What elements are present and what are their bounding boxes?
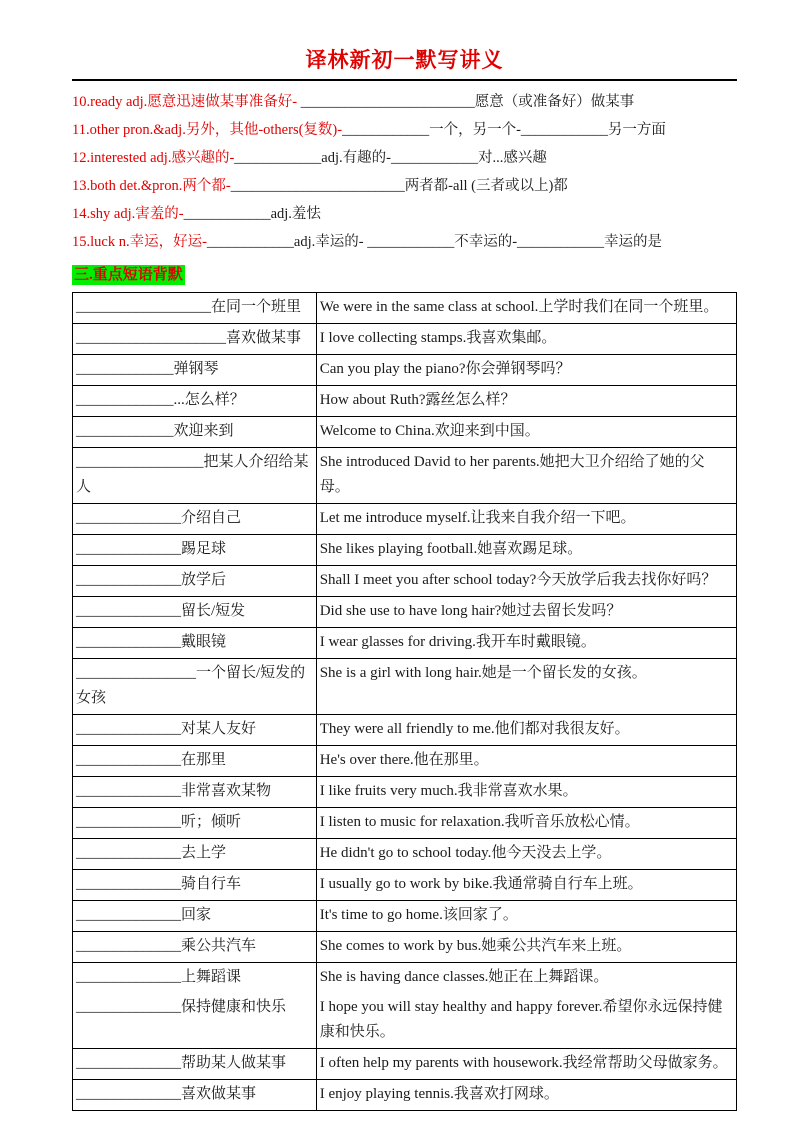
vocab-item-12: 12.interested adj.感兴趣的-____________adj.有… xyxy=(72,144,737,172)
phrase-blank-line: ______________在那里 xyxy=(76,748,312,773)
sentence-cell: I usually go to work by bike.我通常骑自行车上班。 xyxy=(316,870,736,901)
sentence-line: How about Ruth?露丝怎么样？ xyxy=(320,388,732,413)
sentence-line: She comes to work by bus.她乘公共汽车来上班。 xyxy=(320,934,732,959)
phrase-blank-line: ______________放学后 xyxy=(76,568,312,593)
sentence-cell: She comes to work by bus.她乘公共汽车来上班。 xyxy=(316,932,736,963)
sentence-cell: Welcome to China.欢迎来到中国。 xyxy=(316,417,736,448)
sentence-line: Welcome to China.欢迎来到中国。 xyxy=(320,419,732,444)
table-row: ______________上舞蹈课______________保持健康和快乐S… xyxy=(73,963,737,1049)
sentence-line: Let me introduce myself.让我来自我介绍一下吧。 xyxy=(320,506,732,531)
vocab-term: 11.other pron.&adj.另外，其他-others(复数)- xyxy=(72,122,342,138)
phrase-table: __________________在同一个班里We were in the s… xyxy=(72,292,737,1111)
section-header-row: 三.重点短语背默 xyxy=(72,265,737,285)
vocab-blank-hint: ____________adj.羞怯 xyxy=(184,206,321,222)
phrase-cell: ______________留长/短发 xyxy=(73,597,317,628)
sentence-cell: She likes playing football.她喜欢踢足球。 xyxy=(316,535,736,566)
phrase-blank-line: ______________踢足球 xyxy=(76,537,312,562)
phrase-cell: ______________乘公共汽车 xyxy=(73,932,317,963)
vocab-blank-hint: ____________adj.有趣的-____________对...感兴趣 xyxy=(234,150,547,166)
vocab-item-11: 11.other pron.&adj.另外，其他-others(复数)-____… xyxy=(72,116,737,144)
phrase-cell: _____________弹钢琴 xyxy=(73,355,317,386)
vocab-item-10: 10.ready adj.愿意迅速做某事准备好- _______________… xyxy=(72,88,737,116)
phrase-cell: __________________在同一个班里 xyxy=(73,293,317,324)
sentence-cell: They were all friendly to me.他们都对我很友好。 xyxy=(316,715,736,746)
phrase-blank-line: _________________把某人介绍给某人 xyxy=(76,450,312,500)
sentence-line: I wear glasses for driving.我开车时戴眼镜。 xyxy=(320,630,732,655)
phrase-blank-line: ______________乘公共汽车 xyxy=(76,934,312,959)
sentence-line: I often help my parents with housework.我… xyxy=(320,1051,732,1076)
phrase-cell: ____________________喜欢做某事 xyxy=(73,324,317,355)
phrase-table-body: __________________在同一个班里We were in the s… xyxy=(73,293,737,1111)
vocab-term: 14.shy adj.害羞的- xyxy=(72,206,184,222)
sentence-cell: I love collecting stamps.我喜欢集邮。 xyxy=(316,324,736,355)
vocab-list: 10.ready adj.愿意迅速做某事准备好- _______________… xyxy=(72,88,737,256)
phrase-cell: ______________介绍自己 xyxy=(73,504,317,535)
sentence-line: I like fruits very much.我非常喜欢水果。 xyxy=(320,779,732,804)
table-row: ______________听；倾听I listen to music for … xyxy=(73,808,737,839)
vocab-blank-hint: ____________adj.幸运的- ____________不幸运的-__… xyxy=(207,234,662,250)
vocab-item-15: 15.luck n.幸运，好运-____________adj.幸运的- ___… xyxy=(72,228,737,256)
table-row: ______________在那里He's over there.他在那里。 xyxy=(73,746,737,777)
phrase-cell: ______________回家 xyxy=(73,901,317,932)
sentence-line: I usually go to work by bike.我通常骑自行车上班。 xyxy=(320,872,732,897)
phrase-blank-line: ______________保持健康和快乐 xyxy=(76,995,312,1020)
phrase-blank-line: ______________帮助某人做某事 xyxy=(76,1051,312,1076)
sentence-cell: He's over there.他在那里。 xyxy=(316,746,736,777)
section-header: 三.重点短语背默 xyxy=(72,265,185,285)
phrase-blank-line: ______________去上学 xyxy=(76,841,312,866)
sentence-line: She is a girl with long hair.她是一个留长发的女孩。 xyxy=(320,661,732,686)
table-row: ______________回家It's time to go home.该回家… xyxy=(73,901,737,932)
table-row: ______________乘公共汽车She comes to work by … xyxy=(73,932,737,963)
sentence-cell: She is a girl with long hair.她是一个留长发的女孩。 xyxy=(316,659,736,715)
phrase-blank-line: _____________弹钢琴 xyxy=(76,357,312,382)
phrase-cell: _________________把某人介绍给某人 xyxy=(73,448,317,504)
phrase-blank-line: ______________骑自行车 xyxy=(76,872,312,897)
sentence-cell: He didn't go to school today.他今天没去上学。 xyxy=(316,839,736,870)
sentence-cell: It's time to go home.该回家了。 xyxy=(316,901,736,932)
sentence-cell: She introduced David to her parents.她把大卫… xyxy=(316,448,736,504)
vocab-item-14: 14.shy adj.害羞的-____________adj.羞怯 xyxy=(72,200,737,228)
table-row: ______________踢足球She likes playing footb… xyxy=(73,535,737,566)
phrase-blank-line: ______________回家 xyxy=(76,903,312,928)
document-header: 译林新初一默写讲义 xyxy=(72,44,737,81)
vocab-blank-hint: ________________________两者都-all (三者或以上)都 xyxy=(231,178,568,194)
sentence-cell: Let me introduce myself.让我来自我介绍一下吧。 xyxy=(316,504,736,535)
document-page: 译林新初一默写讲义 10.ready adj.愿意迅速做某事准备好- _____… xyxy=(0,0,793,1111)
sentence-cell: I listen to music for relaxation.我听音乐放松心… xyxy=(316,808,736,839)
phrase-blank-line: ______________非常喜欢某物 xyxy=(76,779,312,804)
table-row: ______________非常喜欢某物I like fruits very m… xyxy=(73,777,737,808)
table-row: ______________留长/短发Did she use to have l… xyxy=(73,597,737,628)
table-row: ______________帮助某人做某事I often help my par… xyxy=(73,1049,737,1080)
table-row: _________________把某人介绍给某人She introduced … xyxy=(73,448,737,504)
phrase-cell: ______________对某人友好 xyxy=(73,715,317,746)
phrase-cell: ______________喜欢做某事 xyxy=(73,1080,317,1111)
sentence-line: He's over there.他在那里。 xyxy=(320,748,732,773)
sentence-line: He didn't go to school today.他今天没去上学。 xyxy=(320,841,732,866)
phrase-cell: ______________听；倾听 xyxy=(73,808,317,839)
phrase-blank-line: ________________一个留长/短发的女孩 xyxy=(76,661,312,711)
phrase-cell: ______________非常喜欢某物 xyxy=(73,777,317,808)
phrase-cell: ______________在那里 xyxy=(73,746,317,777)
sentence-line: Did she use to have long hair?她过去留长发吗？ xyxy=(320,599,732,624)
sentence-cell: I like fruits very much.我非常喜欢水果。 xyxy=(316,777,736,808)
sentence-line: They were all friendly to me.他们都对我很友好。 xyxy=(320,717,732,742)
sentence-cell: Shall I meet you after school today?今天放学… xyxy=(316,566,736,597)
table-row: ______________喜欢做某事I enjoy playing tenni… xyxy=(73,1080,737,1111)
phrase-cell: ______________上舞蹈课______________保持健康和快乐 xyxy=(73,963,317,1049)
sentence-line: She introduced David to her parents.她把大卫… xyxy=(320,450,732,500)
sentence-line: Can you play the piano?你会弹钢琴吗？ xyxy=(320,357,732,382)
table-row: ______________戴眼镜I wear glasses for driv… xyxy=(73,628,737,659)
phrase-cell: ________________一个留长/短发的女孩 xyxy=(73,659,317,715)
sentence-line: I listen to music for relaxation.我听音乐放松心… xyxy=(320,810,732,835)
table-row: _____________...怎么样？How about Ruth?露丝怎么样… xyxy=(73,386,737,417)
vocab-blank-hint: ________________________愿意（或准备好）做某事 xyxy=(297,94,634,110)
table-row: _____________弹钢琴Can you play the piano?你… xyxy=(73,355,737,386)
table-row: ______________放学后Shall I meet you after … xyxy=(73,566,737,597)
phrase-cell: ______________踢足球 xyxy=(73,535,317,566)
sentence-cell: We were in the same class at school.上学时我… xyxy=(316,293,736,324)
sentence-line: We were in the same class at school.上学时我… xyxy=(320,295,732,320)
phrase-cell: ______________骑自行车 xyxy=(73,870,317,901)
table-row: _____________欢迎来到Welcome to China.欢迎来到中国… xyxy=(73,417,737,448)
phrase-blank-line: __________________在同一个班里 xyxy=(76,295,312,320)
sentence-line: I enjoy playing tennis.我喜欢打网球。 xyxy=(320,1082,732,1107)
vocab-term: 10.ready adj.愿意迅速做某事准备好- xyxy=(72,94,297,110)
page-title: 译林新初一默写讲义 xyxy=(72,44,737,74)
sentence-line: She likes playing football.她喜欢踢足球。 xyxy=(320,537,732,562)
sentence-cell: I enjoy playing tennis.我喜欢打网球。 xyxy=(316,1080,736,1111)
vocab-blank-hint: ____________一个，另一个-____________另一方面 xyxy=(342,122,666,138)
vocab-term: 12.interested adj.感兴趣的- xyxy=(72,150,234,166)
phrase-cell: ______________去上学 xyxy=(73,839,317,870)
sentence-cell: How about Ruth?露丝怎么样？ xyxy=(316,386,736,417)
phrase-blank-line: ______________戴眼镜 xyxy=(76,630,312,655)
vocab-item-13: 13.both det.&pron.两个都-__________________… xyxy=(72,172,737,200)
phrase-blank-line: ______________听；倾听 xyxy=(76,810,312,835)
sentence-cell: Can you play the piano?你会弹钢琴吗？ xyxy=(316,355,736,386)
sentence-line: I love collecting stamps.我喜欢集邮。 xyxy=(320,326,732,351)
sentence-line: It's time to go home.该回家了。 xyxy=(320,903,732,928)
table-row: ____________________喜欢做某事I love collecti… xyxy=(73,324,737,355)
sentence-line: She is having dance classes.她正在上舞蹈课。 xyxy=(320,965,732,990)
sentence-cell: I often help my parents with housework.我… xyxy=(316,1049,736,1080)
table-row: ________________一个留长/短发的女孩She is a girl … xyxy=(73,659,737,715)
phrase-blank-line: _____________欢迎来到 xyxy=(76,419,312,444)
phrase-blank-line: ______________留长/短发 xyxy=(76,599,312,624)
phrase-cell: ______________放学后 xyxy=(73,566,317,597)
table-row: __________________在同一个班里We were in the s… xyxy=(73,293,737,324)
phrase-blank-line: _____________...怎么样？ xyxy=(76,388,312,413)
phrase-cell: _____________欢迎来到 xyxy=(73,417,317,448)
phrase-blank-line: ______________介绍自己 xyxy=(76,506,312,531)
phrase-blank-line: ____________________喜欢做某事 xyxy=(76,326,312,351)
table-row: ______________介绍自己Let me introduce mysel… xyxy=(73,504,737,535)
sentence-cell: I wear glasses for driving.我开车时戴眼镜。 xyxy=(316,628,736,659)
phrase-blank-line: ______________上舞蹈课 xyxy=(76,965,312,990)
vocab-term: 15.luck n.幸运，好运- xyxy=(72,234,207,250)
sentence-line: I hope you will stay healthy and happy f… xyxy=(320,995,732,1045)
sentence-line: Shall I meet you after school today?今天放学… xyxy=(320,568,732,593)
sentence-cell: Did she use to have long hair?她过去留长发吗？ xyxy=(316,597,736,628)
phrase-cell: ______________帮助某人做某事 xyxy=(73,1049,317,1080)
phrase-blank-line: ______________对某人友好 xyxy=(76,717,312,742)
vocab-term: 13.both det.&pron.两个都- xyxy=(72,178,231,194)
table-row: ______________对某人友好They were all friendl… xyxy=(73,715,737,746)
phrase-blank-line: ______________喜欢做某事 xyxy=(76,1082,312,1107)
table-row: ______________去上学He didn't go to school … xyxy=(73,839,737,870)
phrase-cell: ______________戴眼镜 xyxy=(73,628,317,659)
sentence-cell: She is having dance classes.她正在上舞蹈课。I ho… xyxy=(316,963,736,1049)
table-row: ______________骑自行车I usually go to work b… xyxy=(73,870,737,901)
phrase-cell: _____________...怎么样？ xyxy=(73,386,317,417)
